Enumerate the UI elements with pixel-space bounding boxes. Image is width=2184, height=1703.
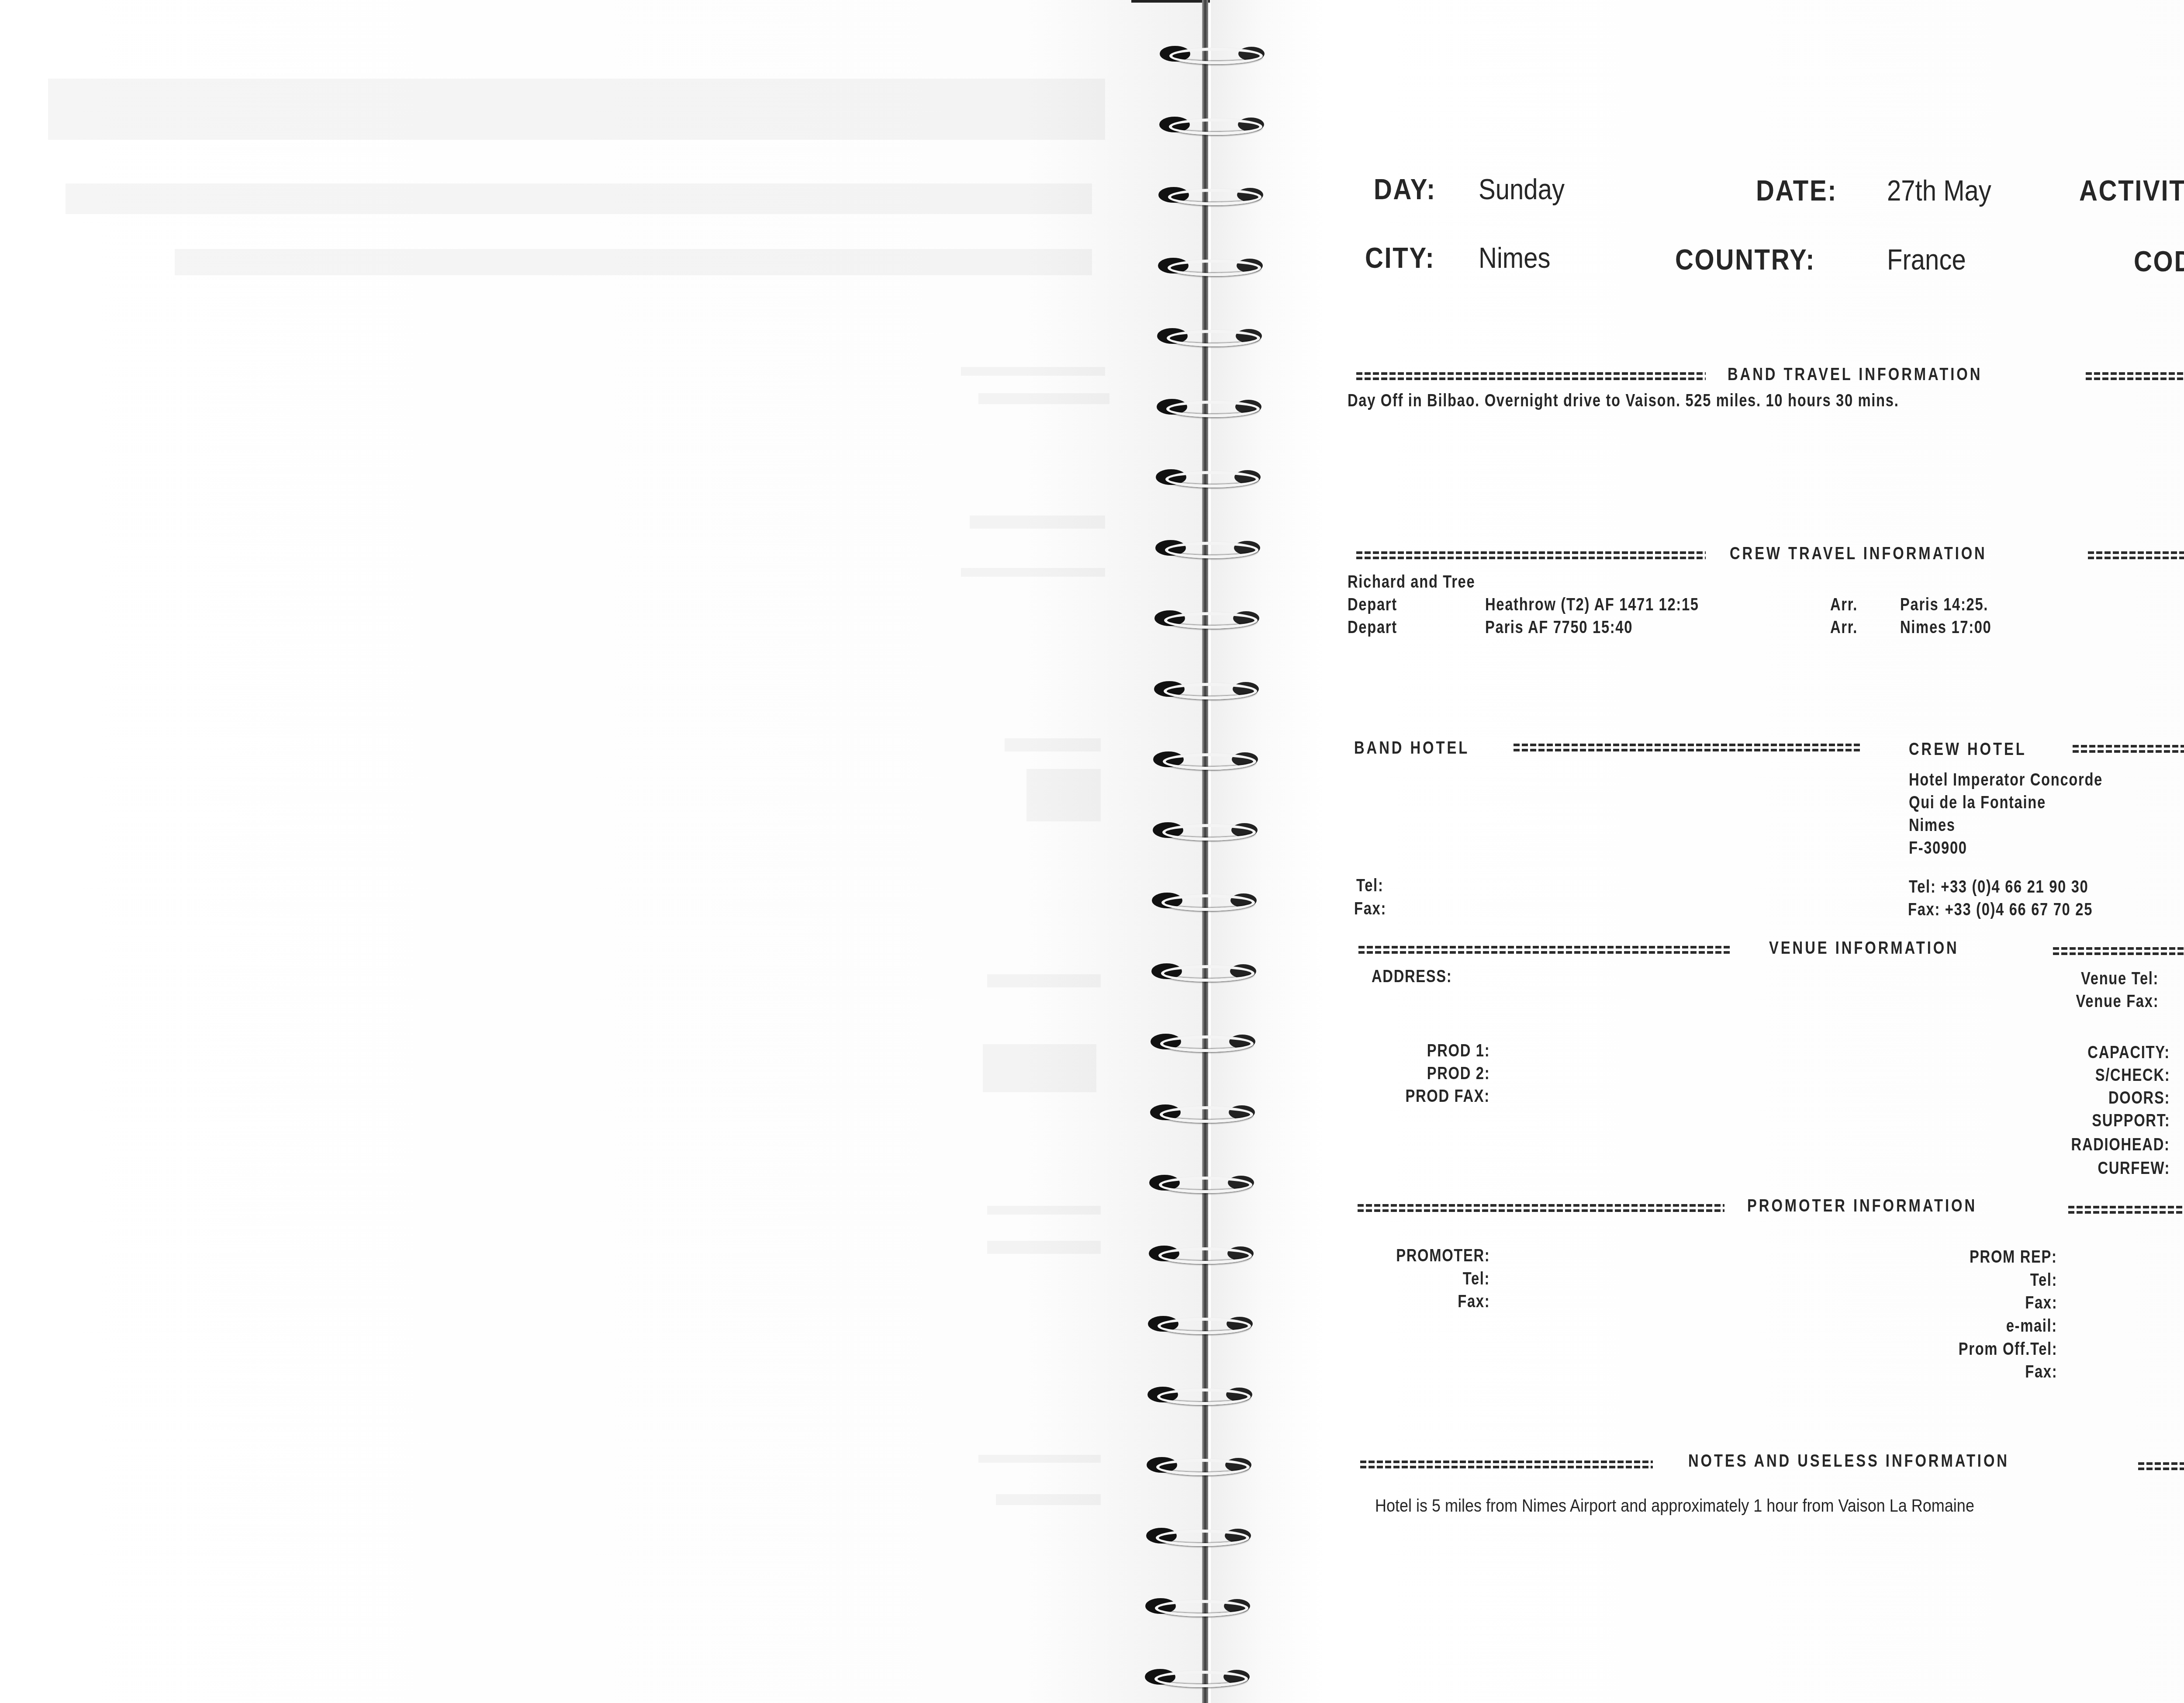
soundcheck-label: S/CHECK: xyxy=(2095,1066,2170,1085)
bleed-through-line xyxy=(66,183,1092,214)
left-page xyxy=(0,0,1206,1703)
coil-wire xyxy=(1164,683,1257,699)
spiral-ring xyxy=(1148,1312,1253,1336)
section-rule xyxy=(2138,1462,2184,1470)
band-travel-text: Day Off in Bilbao. Overnight drive to Va… xyxy=(1348,391,1899,411)
bleed-through-line xyxy=(996,1494,1101,1505)
prom-rep-email-label: e-mail: xyxy=(2006,1316,2057,1336)
coil-wire xyxy=(1154,1671,1248,1687)
coil-wire xyxy=(1165,471,1259,488)
promoter-fax-label: Fax: xyxy=(1458,1292,1490,1312)
coil-wire xyxy=(1159,1177,1252,1193)
leg-2-arr-label: Arr. xyxy=(1830,618,1858,637)
leg-1-label: Depart xyxy=(1348,595,1397,615)
spiral-ring xyxy=(1158,183,1263,207)
coil-wire xyxy=(1162,824,1256,841)
spiral-ring xyxy=(1145,1594,1250,1618)
coil-wire xyxy=(1157,1388,1251,1405)
spiral-ring xyxy=(1159,112,1264,137)
venue-address-label: ADDRESS: xyxy=(1372,967,1452,986)
section-rule xyxy=(2068,1206,2184,1214)
coil-wire xyxy=(1161,894,1255,911)
spiral-ring xyxy=(1160,42,1265,66)
coil-wire xyxy=(1166,401,1260,417)
coil-wire xyxy=(1155,1600,1248,1616)
spiral-ring xyxy=(1151,959,1256,983)
promoter-tel-label: Tel: xyxy=(1463,1269,1490,1289)
crew-hotel-address-line: Hotel Imperator Concorde xyxy=(1909,770,2103,790)
leg-2-to: Nimes 17:00 xyxy=(1900,618,1991,637)
prod-1-label: PROD 1: xyxy=(1427,1041,1490,1061)
crew-hotel-title: CREW HOTEL xyxy=(1909,740,2027,759)
spiral-ring xyxy=(1145,1665,1250,1689)
crew-hotel-address-line: F-30900 xyxy=(1909,838,1967,858)
spiral-ring xyxy=(1149,1170,1254,1195)
crew-travel-title: CREW TRAVEL INFORMATION xyxy=(1730,544,1987,564)
coil-wire xyxy=(1156,1459,1250,1475)
country-label: COUNTRY: xyxy=(1675,243,1815,276)
date-value: 27th May xyxy=(1887,174,1991,207)
section-rule xyxy=(1356,372,1706,380)
coil-wire xyxy=(1156,1530,1249,1546)
band-hotel-title: BAND HOTEL xyxy=(1354,738,1469,758)
spiral-ring xyxy=(1147,1453,1251,1477)
prom-rep-tel-label: Tel: xyxy=(2030,1270,2057,1290)
coil-wire xyxy=(1169,118,1262,135)
spiral-ring xyxy=(1156,465,1261,489)
coil-wire xyxy=(1164,612,1258,629)
bleed-through-header-band xyxy=(48,79,1105,140)
crew-hotel-address-line: Nimes xyxy=(1909,816,1956,835)
spiral-ring xyxy=(1158,253,1263,278)
band-travel-title: BAND TRAVEL INFORMATION xyxy=(1728,365,1982,384)
support-label: SUPPORT: xyxy=(2092,1111,2170,1131)
bleed-through-line xyxy=(961,367,1105,376)
promoter-title: PROMOTER INFORMATION xyxy=(1747,1196,1977,1216)
leg-2-label: Depart xyxy=(1348,618,1397,637)
city-label: CITY: xyxy=(1365,241,1435,274)
bleed-through-line xyxy=(1026,769,1101,821)
crew-hotel-address-line: Qui de la Fontaine xyxy=(1909,793,2046,813)
bleed-through-line xyxy=(961,568,1105,577)
section-rule xyxy=(1360,1461,1653,1468)
spiral-ring xyxy=(1146,1523,1251,1548)
code-label: CODE: xyxy=(2134,245,2184,278)
coil-wire xyxy=(1161,965,1254,982)
prom-office-fax-label: Fax: xyxy=(2025,1362,2057,1382)
cover-edge xyxy=(1131,0,1210,3)
city-value: Nimes xyxy=(1479,241,1551,274)
coil-wire xyxy=(1167,330,1260,346)
crew-names: Richard and Tree xyxy=(1348,572,1475,592)
bleed-through-line xyxy=(987,1241,1101,1254)
spiral-ring xyxy=(1152,888,1257,913)
bleed-through-line xyxy=(987,974,1101,987)
section-rule xyxy=(1358,946,1732,954)
coil-wire xyxy=(1160,1106,1253,1123)
venue-tel-label: Venue Tel: xyxy=(2081,969,2159,989)
bleed-through-line xyxy=(983,1044,1096,1092)
prom-rep-label: PROM REP: xyxy=(1970,1247,2057,1267)
coil-wire xyxy=(1163,753,1256,770)
bleed-through-line xyxy=(987,1206,1101,1215)
prom-rep-fax-label: Fax: xyxy=(2025,1293,2057,1313)
day-label: DAY: xyxy=(1374,173,1436,206)
spiral-ring xyxy=(1155,536,1260,560)
country-value: France xyxy=(1887,243,1966,276)
venue-fax-label: Venue Fax: xyxy=(2076,992,2159,1011)
prom-office-tel-label: Prom Off.Tel: xyxy=(1958,1340,2057,1359)
spiral-ring xyxy=(1147,1382,1252,1407)
bleed-through-line xyxy=(1005,738,1101,751)
spiral-ring xyxy=(1157,395,1261,419)
notes-title: NOTES AND USELESS INFORMATION xyxy=(1688,1451,2009,1471)
section-rule xyxy=(1358,1204,1724,1212)
leg-1-to: Paris 14:25. xyxy=(1900,595,1988,615)
coil-wire xyxy=(1158,1247,1252,1264)
section-rule xyxy=(2073,745,2184,753)
coil-wire xyxy=(1160,1035,1254,1052)
leg-1-arr-label: Arr. xyxy=(1830,595,1858,615)
headliner-label: RADIOHEAD: xyxy=(2071,1135,2170,1155)
crew-hotel-tel: Tel: +33 (0)4 66 21 90 30 xyxy=(1909,877,2088,897)
date-label: DATE: xyxy=(1756,174,1837,207)
bleed-through-line xyxy=(175,249,1092,275)
spiral-ring xyxy=(1149,1241,1254,1266)
coil-wire xyxy=(1165,542,1258,558)
section-rule xyxy=(2053,947,2184,955)
prod-2-label: PROD 2: xyxy=(1427,1064,1490,1083)
section-rule xyxy=(2088,551,2184,559)
spiral-ring xyxy=(1151,1029,1255,1054)
coil-wire xyxy=(1168,189,1261,205)
doors-label: DOORS: xyxy=(2108,1088,2170,1108)
band-hotel-fax-label: Fax: xyxy=(1354,899,1386,919)
activity-label: ACTIVITY: xyxy=(2079,174,2184,207)
leg-2-from: Paris AF 7750 15:40 xyxy=(1485,618,1633,637)
notes-text: Hotel is 5 miles from Nimes Airport and … xyxy=(1375,1496,1974,1516)
spiral-ring xyxy=(1154,606,1259,630)
prod-fax-label: PROD FAX: xyxy=(1406,1087,1490,1106)
section-rule xyxy=(2086,372,2184,380)
band-hotel-tel-label: Tel: xyxy=(1356,876,1383,896)
leg-1-from: Heathrow (T2) AF 1471 12:15 xyxy=(1485,595,1699,615)
spiral-ring xyxy=(1154,677,1259,701)
bleed-through-line xyxy=(978,1455,1101,1463)
bleed-through-line xyxy=(978,393,1109,404)
coil-wire xyxy=(1169,48,1263,64)
capacity-label: CAPACITY: xyxy=(2088,1043,2170,1063)
spiral-ring xyxy=(1150,1100,1255,1125)
coil-wire xyxy=(1168,260,1261,276)
coil-wire xyxy=(1158,1318,1251,1334)
section-rule xyxy=(1514,744,1861,751)
venue-title: VENUE INFORMATION xyxy=(1769,938,1959,958)
spiral-ring xyxy=(1157,324,1262,348)
spiral-ring xyxy=(1153,818,1258,842)
spiral-ring xyxy=(1153,747,1258,772)
bleed-through-line xyxy=(970,516,1105,529)
section-rule xyxy=(1356,551,1706,559)
crew-hotel-fax: Fax: +33 (0)4 66 67 70 25 xyxy=(1908,900,2093,920)
promoter-label: PROMOTER: xyxy=(1396,1246,1490,1266)
day-value: Sunday xyxy=(1479,173,1565,206)
curfew-label: CURFEW: xyxy=(2098,1159,2170,1178)
